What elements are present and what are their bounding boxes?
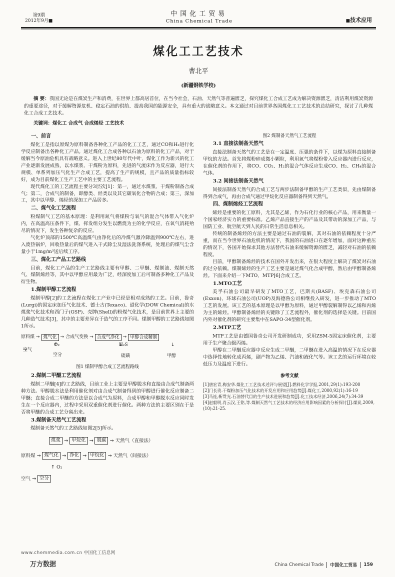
figure1-annotations: 空气 → ↑O₂ 空分 ↓H₂S 硫磺 ↓ 甲醇 [21, 341, 194, 363]
flow-box-decarbonization: 脱碳 [95, 437, 109, 444]
arrow-right-icon: → [62, 452, 66, 459]
issue-date: 2012年9月 [25, 18, 48, 23]
left-column: 一、前言 煤化工是指以原煤为原料制备各种化工产品的化工工艺，通过CO和H₂进行化… [21, 132, 194, 489]
paragraph: 间接法制备天然气的合成工艺与两步法制备甲醇的生产工艺类似，先由煤制备得到合成气，… [203, 186, 376, 200]
figure2-caption: 图2 煤制备天然气工艺流程 [203, 133, 376, 140]
paragraph: 煤化工是指以原煤为原料制备各种化工产品的化工工艺，通过CO和H₂进行化学反应制备… [21, 141, 194, 183]
paragraph: MTP工艺是由德国鲁奇公司开发研制成功，采用ZSM-5固定床催化剂，主要用于生产… [203, 333, 376, 347]
article-title: 煤化工工艺技术 [21, 42, 376, 59]
paragraph: 目前，煤化工产品的生产工艺路线主要有甲醇、二甲醚、煤制油、煤制天然气、煤制烯烃等… [21, 265, 194, 286]
paragraph: 煤制二甲醚[4]的工艺路线，目前工业上主要是甲醇脱水和直接由合成气制备两种方法。… [21, 381, 194, 416]
flow-box-purification: 合成气净化 [95, 334, 122, 341]
wanfang-watermark: 万方数据 [30, 559, 115, 569]
heading-sng: 3.煤制备天然气工艺流程 [21, 417, 194, 424]
arrow-right-icon: → [82, 452, 86, 459]
arrow-right-icon: → [89, 437, 93, 444]
flow-node-airsep: 空分 [53, 352, 62, 359]
footer-url: www.chemmedia.com.cn [21, 551, 82, 556]
section-tag: ■技术应用 [346, 16, 372, 24]
footer-site-name: 中国化工信息网 [84, 551, 116, 556]
paragraph: 煤制甲醇[2]的工艺流程在煤化工产业中已经是相对成熟的工艺。目前，鲁奇(Lurg… [21, 295, 194, 330]
heading-intro: 一、前言 [21, 133, 194, 140]
masthead: 第9期 2012年9月■ 中国化工贸易 China Chemical Trade… [21, 8, 376, 26]
footer-page-number: 159 [361, 562, 376, 567]
paragraph: 直接法制备天然气的工艺是在一定温度、压强的条件下，以煤为原料直接制备甲烷的方法。… [203, 149, 376, 177]
paragraph: 煤制备天然气的工艺路线如图2[5]所示。 [21, 425, 194, 432]
page-footer: www.chemmedia.com.cn 中国化工信息网 万方数据 China … [21, 549, 376, 568]
flow-node-h2s: H₂S [119, 342, 128, 349]
arrow-right-icon: → [90, 334, 94, 341]
heading-mtp: 2.MTP工艺 [203, 325, 376, 332]
paragraph: 美孚石油公司最早研发了MTO工艺，巴斯夫(BASF)、埃克森石油公司(Exxon… [203, 289, 376, 324]
flow-node-sng-indirect: 天然气（间接法） [113, 452, 151, 459]
flow-box-gasification: 煤气化 [41, 334, 59, 341]
article-affiliation: (新疆钢铁学校) [21, 81, 376, 89]
paragraph: 传统的制备烯烃的方法主要是通过石油的裂解，其对石油的依赖程度十分严重，而在当今世… [203, 231, 376, 259]
paragraph: 烯烃是重要的化工原料，尤其是乙烯，作为石化行业的核心产品，用来衡量一个国家经济实… [203, 210, 376, 231]
footer-journal-en: China Chemical Trade [272, 562, 327, 567]
heading-gasification: 二、煤气化工艺流程 [21, 205, 194, 212]
arrow-right-icon: → [32, 475, 36, 482]
flow-box-gasification: 煤气化 [42, 452, 60, 459]
flow-node-shift: 合成气变换 [66, 334, 89, 341]
heading-methanol: 1.煤制甲醇工艺流程 [21, 287, 194, 294]
paragraph: 气化炉顶部的1500℃高温煤气由净化后的冷煤气激冷降温到900℃左右，进入废热锅… [21, 234, 194, 255]
paragraph: 现代煤化工的工艺流程主要分3层次[1]：第一，通过水煤浆、干煤粉制备合成气；第二… [21, 183, 194, 204]
footer-right: China Chemical Trade 中国化工贸易 159 [272, 562, 376, 569]
flow-box-methanation-direct: 甲烷化 [69, 437, 87, 444]
arrow-right-icon: → [64, 437, 68, 444]
arrow-right-icon: → [60, 334, 64, 341]
figure2-direct-route: 煤浆 → 甲烷化 → 脱碳 → 天然气（直接法） [49, 437, 153, 444]
flow-node-methanol: 甲醇 [167, 353, 176, 360]
heading-product-routes: 三、煤化工产品工艺路线 [21, 256, 194, 263]
heading-dme: 2.煤制二甲醚工艺流程 [21, 373, 194, 380]
arrow-right-icon: → [37, 452, 41, 459]
arrow-right-icon: → [36, 334, 40, 341]
arrow-up-icon: ↑ [51, 464, 55, 471]
arrow-right-icon: → [23, 347, 27, 354]
keywords-label: 关键词： [34, 121, 53, 127]
abstract-label: 摘 要： [34, 96, 50, 102]
heading-mto: 1.MTO工艺 [203, 280, 376, 287]
figure1-main-chain: 原料煤 → 煤气化 → 合成气变换 → 合成气净化 → 甲醇合成精制 [21, 334, 194, 341]
journal-title-block: 中国化工贸易 China Chemical Trade [166, 8, 233, 24]
issue-block: 第9期 2012年9月■ [25, 13, 53, 24]
heading-indirect-sng: 3.2 间接法制备天然气 [203, 178, 376, 185]
flow-node-sng-direct: 天然气（直接法） [115, 437, 153, 444]
figure2-sng-flow: 煤浆 → 甲烷化 → 脱碳 → 天然气（直接法） 原料煤 → 煤气化 → 净化 … [21, 437, 194, 489]
black-square-icon: ■ [48, 18, 52, 23]
arrow-right-icon: → [110, 437, 114, 444]
heading-olefins: 四、煤制烯烃工艺流程 [203, 201, 376, 208]
journal-name-cn: 中国化工贸易 [166, 8, 233, 18]
flow-box-purification: 净化 [67, 452, 81, 459]
references-heading: 参考文献 [203, 373, 376, 380]
journal-page: 第9期 2012年9月■ 中国化工贸易 China Chemical Trade… [0, 0, 395, 577]
journal-name-en: China Chemical Trade [166, 19, 233, 25]
arrow-down-icon: ↓ [171, 342, 175, 349]
paragraph: 目前，甲醇制备烯烃的技术在国外开发出来，在很大程度上解决了煤炭对石油的过分依赖。… [203, 258, 376, 279]
paragraph: 甲醇在二甲醚反应器中反应生成二甲醚，二甲醚在进入高温的情况下在反应器中选择性地转… [203, 347, 376, 368]
flow-box-coalslurry: 煤浆 [49, 437, 63, 444]
reference-item: [4]赵毅明,肖云汉,王铭,等.煤制天然气工艺技术的经济应用影响因素的分析探讨[… [203, 399, 376, 411]
heading-direct-sng: 3.1 直接法制备天然气 [203, 141, 376, 148]
arrow-right-icon: → [108, 452, 112, 459]
figure2-air-feed: 空气 → 空分 [21, 475, 51, 482]
figure2-indirect-route: 原料煤 → 煤气化 → 净化 → 甲烷化 → 天然气（间接法） [21, 452, 151, 459]
arrow-right-icon: → [123, 334, 127, 341]
flow-box-airsep: 空分 [37, 475, 51, 482]
abstract-text: 我国无论是在煤炭生产和消费，在世界上都高居首位，在当今社会，石油、天然气等普遍匮… [24, 96, 373, 116]
paragraph: 粉煤制气工艺的基本原理：是利用氮气将煤粉与氧气的混合气体带入气化炉内，在高温高压… [21, 214, 194, 235]
body-columns: 一、前言 煤化工是指以原煤为原料制备各种化工产品的化工工艺，通过CO和H₂进行化… [21, 132, 376, 549]
article-author: 曹北平 [21, 66, 376, 76]
footer-left: www.chemmedia.com.cn 中国化工信息网 万方数据 [21, 549, 115, 568]
footer-journal-cn: 中国化工贸易 [327, 562, 360, 569]
flow-node-rawcoal: 原料煤 [21, 334, 35, 341]
header-rule [21, 27, 376, 30]
figure1-methanol-flow: 原料煤 → 煤气化 → 合成气变换 → 合成气净化 → 甲醇合成精制 空气 → … [21, 334, 194, 371]
right-column: 图2 煤制备天然气工艺流程 3.1 直接法制备天然气 直接法制备天然气的工艺是在… [203, 132, 376, 411]
flow-node-sulfur: 硫磺 [121, 353, 130, 360]
flow-box-methanation-indirect: 甲烷化 [88, 452, 106, 459]
flow-node-air: 空气 [21, 475, 31, 482]
abstract: 摘 要：我国无论是在煤炭生产和消费，在世界上都高居首位，在当今社会，石油、天然气… [21, 96, 376, 118]
flow-node-o2: O₂ [54, 342, 60, 349]
keywords: 关键词：煤化工 合成气 合成烯烃 工艺技术 [21, 119, 376, 126]
flow-node-o2: O₂ [56, 464, 62, 471]
figure1-caption: 图1 煤制甲醇合成工艺流程路线 [21, 364, 194, 371]
flow-node-rawcoal: 原料煤 [21, 452, 35, 459]
flow-box-methanol-synthesis: 甲醇合成精制 [128, 334, 159, 341]
section-tag-label: 技术应用 [350, 17, 372, 24]
keywords-text: 煤化工 合成气 合成烯烃 工艺技术 [53, 121, 124, 127]
figure2-o2-feed: ↑ O₂ [51, 464, 62, 471]
